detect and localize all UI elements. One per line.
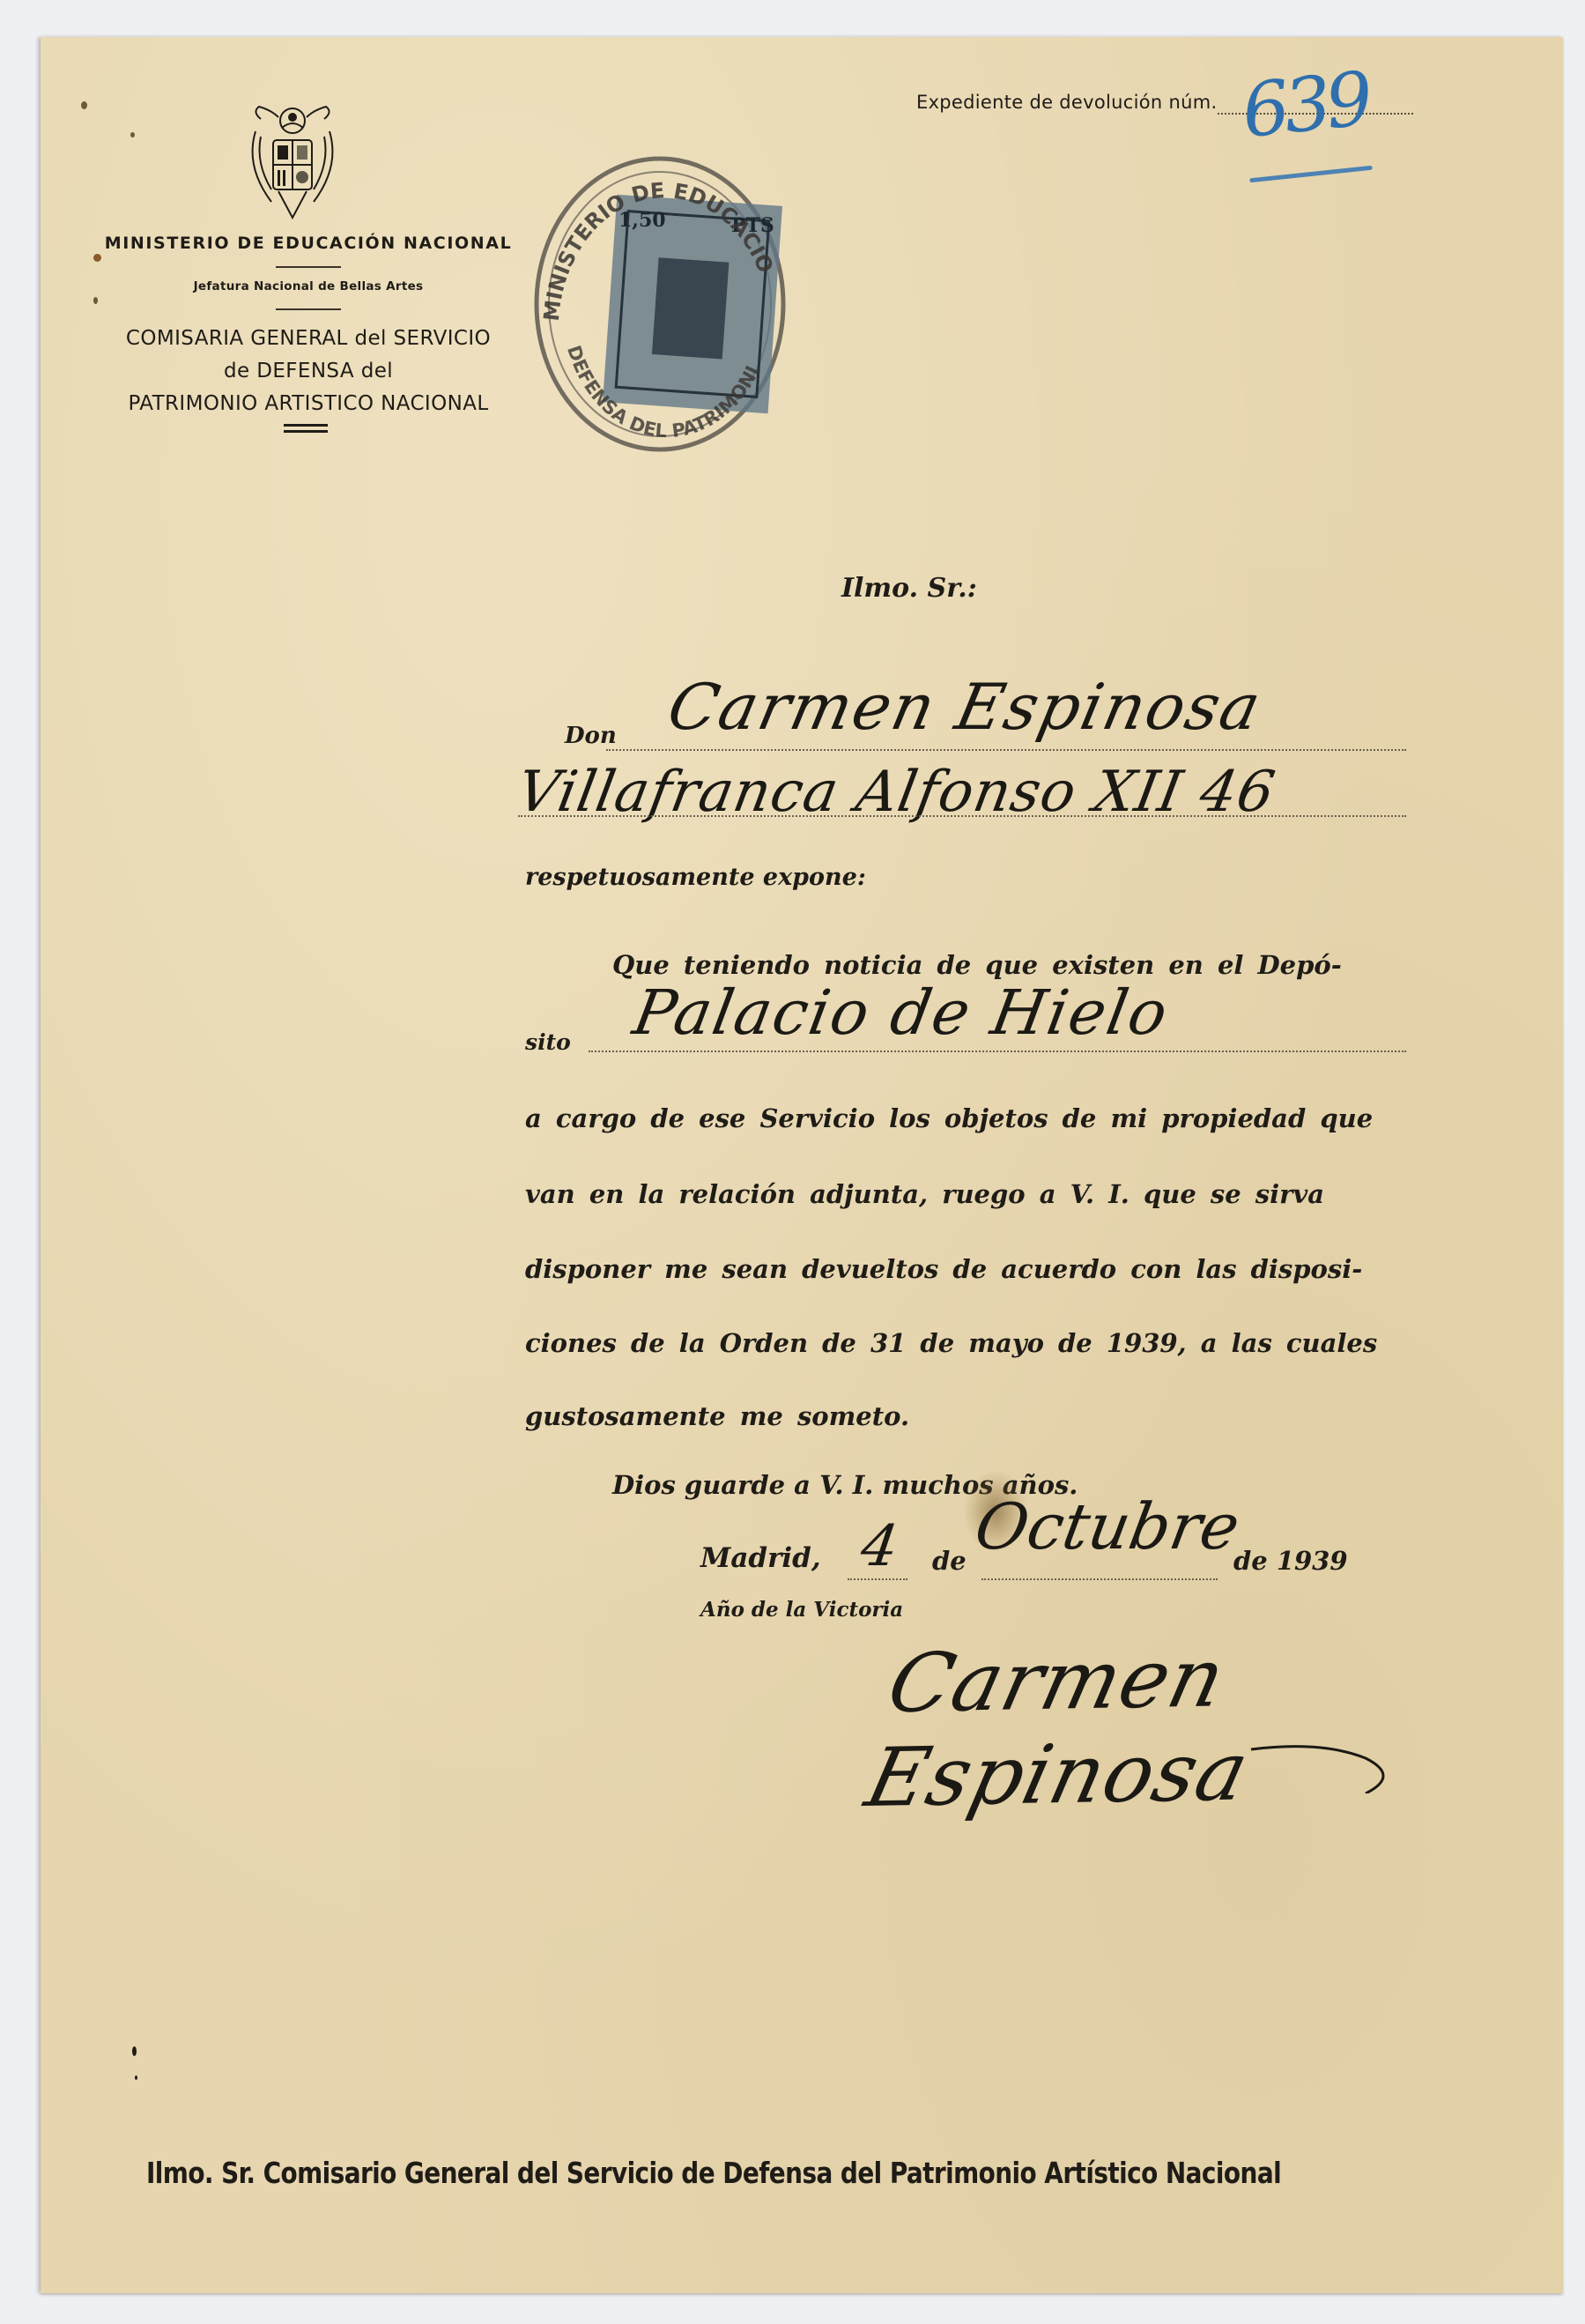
paper-speck <box>135 2075 137 2080</box>
expediente-label: Expediente de devolución núm. <box>916 92 1217 113</box>
body-line-2: a cargo de ese Servicio los objetos de m… <box>525 1103 1415 1133</box>
body-line-6: gustosamente me someto. <box>525 1401 1415 1431</box>
paper-speck <box>130 132 135 137</box>
expediente-number: 639 <box>1238 56 1372 154</box>
don-label: Don <box>565 723 617 749</box>
deposito-field-line <box>589 1051 1406 1052</box>
official-stamp-icon: 1,50 PTS MINISTERIO DE EDUCACION DEFENSA… <box>523 145 796 463</box>
salutation: Ilmo. Sr.: <box>841 573 977 604</box>
body-line-3: van en la relación adjunta, ruego a V. I… <box>525 1179 1415 1209</box>
signature: Carmen Espinosa <box>858 1624 1585 1825</box>
comisaria-line-2: de DEFENSA del <box>93 355 524 388</box>
name-field-line <box>606 749 1406 751</box>
jefatura-subheading: Jefatura Nacional de Bellas Artes <box>93 279 524 293</box>
deposito-name: Palacio de Hielo <box>628 976 1174 1049</box>
paper-speck <box>132 2046 137 2056</box>
date-year: de 1939 <box>1233 1546 1348 1576</box>
paper-speck <box>93 297 98 304</box>
date-month: Octubre <box>970 1489 1246 1563</box>
comisaria-line-3: PATRIMONIO ARTISTICO NACIONAL <box>93 388 524 420</box>
address-field-line <box>518 815 1406 817</box>
respetuosamente-expone: respetuosamente expone: <box>525 864 866 891</box>
ministry-heading: MINISTERIO DE EDUCACIÓN NACIONAL <box>93 234 524 253</box>
sito-label: sito <box>525 1029 571 1055</box>
year-note: Año de la Victoria <box>700 1598 903 1622</box>
month-field-line <box>981 1578 1218 1580</box>
date-city: Madrid, <box>700 1542 821 1574</box>
petitioner-name: Carmen Espinosa <box>662 670 1269 744</box>
comisaria-heading: COMISARIA GENERAL del SERVICIO de DEFENS… <box>93 323 524 420</box>
divider <box>276 308 341 310</box>
paper-speck <box>81 101 87 109</box>
coat-of-arms-icon <box>243 101 342 225</box>
body-line-4: disponer me sean devueltos de acuerdo co… <box>525 1254 1415 1284</box>
body-line-5: ciones de la Orden de 31 de mayo de 1939… <box>525 1328 1415 1358</box>
double-rule <box>284 424 328 433</box>
divider <box>276 266 341 268</box>
date-de: de <box>932 1546 967 1576</box>
addressee-footer: Ilmo. Sr. Comisario General del Servicio… <box>146 2156 1281 2190</box>
paper-speck <box>93 254 101 262</box>
body-line-1: Que teniendo noticia de que existen en e… <box>612 950 1342 980</box>
signature-flourish-icon <box>1233 1697 1418 1793</box>
comisaria-line-1: COMISARIA GENERAL del SERVICIO <box>93 323 524 355</box>
